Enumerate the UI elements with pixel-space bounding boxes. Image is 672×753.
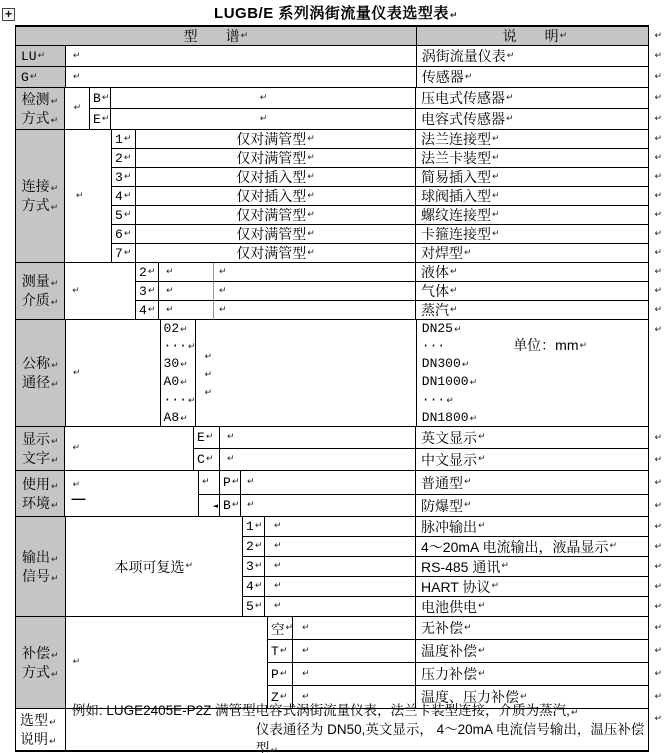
pilcrow-mark: ↵ — [255, 562, 263, 571]
end-of-row-mark: ↵ — [654, 267, 662, 277]
table-row: 2↵ ↵ ↵ 液体↵↵ — [136, 263, 648, 282]
pilcrow-line: ↵ — [204, 346, 213, 364]
pilcrow-mark: ↵ — [74, 104, 82, 113]
pilcrow-mark: ↵ — [307, 230, 315, 239]
detection-label-cell: 检测↵ 方式↵ — [16, 88, 65, 130]
pilcrow-mark: ↵ — [274, 542, 282, 551]
pilcrow-mark: ↵ — [270, 746, 278, 753]
pilcrow-mark: ↵ — [38, 52, 46, 61]
block-selection-note: 选型↵ 说明↵ 例如: LUGE2405E-P2Z 满管型电容式涡街流量仪表，法… — [16, 709, 648, 750]
pilcrow-mark: ↵ — [286, 624, 294, 633]
desc-cell: 4～20mA 电流输出，液晶显示↵↵ — [416, 537, 648, 557]
pilcrow-mark: ↵ — [148, 268, 156, 277]
pilcrow-mark: ↵ — [124, 230, 132, 239]
pilcrow-mark: ↵ — [307, 211, 315, 220]
pilcrow-mark: ↵ — [302, 670, 310, 679]
end-of-row-mark: ↵ — [654, 114, 662, 124]
note-cell: 仅对满管型↵ — [136, 206, 416, 225]
end-of-row-mark: ↵ — [654, 72, 662, 82]
table-row: 1↵ 仅对满管型↵ 法兰连接型↵↵ — [112, 130, 648, 149]
end-of-row-mark: ↵ — [654, 501, 662, 511]
spectrum-empty-cell: ↵ — [214, 301, 416, 320]
detection-label-line1: 检测↵ — [22, 90, 59, 109]
spectrum-empty-cell: ↵ — [293, 663, 416, 686]
spacer-cell: ↵ — [199, 471, 220, 495]
connection-empty-cell: ↵ — [65, 130, 112, 263]
header-spectrum-cell: 型 谱↵ — [16, 27, 417, 46]
pilcrow-mark: ↵ — [492, 192, 500, 201]
environment-dash: — — [71, 490, 85, 506]
spectrum-empty-cell: ↵ — [220, 427, 416, 449]
pilcrow-mark: ↵ — [72, 287, 80, 296]
pilcrow-mark: ↵ — [446, 396, 454, 406]
code-cell: 6↵ — [112, 225, 136, 244]
code-cell: 3↵ — [136, 282, 159, 301]
desc-cell: 电容式传感器↵↵ — [416, 109, 648, 130]
end-of-row-mark: ↵ — [654, 286, 662, 296]
table-row: C↵ ↵ 中文显示↵↵ — [194, 449, 648, 471]
pilcrow-mark: ↵ — [49, 737, 57, 747]
spectrum-empty-cell: ↵ — [111, 109, 416, 130]
pilcrow-mark: ↵ — [560, 32, 568, 41]
pilcrow-mark: ↵ — [51, 456, 59, 466]
pilcrow-mark: ↵ — [280, 647, 288, 656]
header-description-label: 说 明 — [503, 26, 559, 46]
compensation-label-line2: 方式↵ — [22, 663, 59, 682]
pilcrow-mark: ↵ — [241, 32, 249, 41]
end-of-row-mark: ↵ — [654, 433, 662, 443]
pilcrow-mark: ↵ — [571, 708, 579, 718]
note-cell: 仅对插入型↵ — [136, 187, 416, 206]
code-cell: 2↵ — [243, 537, 265, 557]
pilcrow-mark: ↵ — [219, 306, 227, 315]
diameter-desc: DN1000↵ — [422, 373, 477, 391]
end-of-row-mark: ↵ — [654, 669, 662, 679]
pilcrow-mark: ↵ — [166, 268, 174, 277]
end-of-row-mark: ↵ — [654, 191, 662, 201]
document-title: LUGB/E 系列涡街流量仪表选型表↵ — [0, 2, 672, 23]
pilcrow-mark: ↵ — [470, 414, 478, 424]
g-desc-cell: 传感器↵↵ — [417, 67, 648, 88]
output-label-line1: 输出↵ — [22, 548, 59, 567]
end-of-row-mark: ↵ — [654, 31, 662, 41]
pilcrow-mark: ↵ — [465, 73, 473, 82]
pilcrow-mark: ↵ — [302, 624, 310, 633]
pilcrow-mark: ↵ — [73, 52, 81, 61]
desc-cell: 脉冲输出↵↵ — [416, 517, 648, 537]
spectrum-empty-cell: ↵ — [241, 471, 416, 495]
end-of-row-mark: ↵ — [654, 248, 662, 258]
end-of-row-mark: ↵ — [654, 714, 662, 724]
code-cell: E↵ — [194, 427, 220, 449]
pilcrow-mark: ↵ — [274, 522, 282, 531]
diameter-spacer-cell: ↵ ↵ ↵ — [196, 320, 417, 427]
compensation-empty-cell: ↵ — [66, 617, 268, 709]
header-description-cell: 说 明↵ ↵ — [417, 27, 648, 46]
g-desc: 传感器 — [422, 67, 464, 87]
pilcrow-mark: ↵ — [51, 203, 59, 213]
pilcrow-mark: ↵ — [188, 396, 196, 406]
pilcrow-mark: ↵ — [450, 306, 458, 315]
pilcrow-mark: ↵ — [580, 342, 588, 351]
pilcrow-mark: ↵ — [49, 718, 57, 728]
desc-cell: 压电式传感器↵↵ — [416, 88, 648, 109]
table-row: T↵ ↵ 温度补偿↵↵ — [268, 640, 648, 663]
note-cell: 仅对满管型↵ — [136, 244, 416, 263]
pilcrow-mark: ↵ — [470, 378, 478, 388]
pilcrow-mark: ↵ — [464, 249, 472, 258]
pilcrow-mark: ↵ — [307, 154, 315, 163]
table-row: 4↵ ↵ ↵ 蒸汽↵↵ — [136, 301, 648, 320]
pilcrow-mark: ↵ — [307, 173, 315, 182]
end-of-row-mark: ↵ — [654, 93, 662, 103]
spacer-cell: ◄ — [199, 495, 220, 517]
pilcrow-mark: ↵ — [260, 94, 268, 103]
desc-cell: 简易插入型↵↵ — [416, 168, 648, 187]
pilcrow-mark: ↵ — [478, 602, 486, 611]
pilcrow-mark: ↵ — [180, 414, 188, 424]
selection-example-line2: 仪表通径为 DN50,英文显示， 4～20mA 电流信号输出，温压补偿型↵ — [66, 720, 648, 753]
display-label-line1: 显示↵ — [22, 430, 59, 449]
connection-rows: 1↵ 仅对满管型↵ 法兰连接型↵↵ 2↵ 仅对满管型↵ 法兰卡装型↵↵ 3↵ 仅… — [112, 130, 648, 263]
diameter-codes-cell: 02↵ ···↵ 30↵ A0↵ ···↵ A8↵ — [161, 320, 196, 427]
pilcrow-mark: ↵ — [188, 342, 196, 352]
pilcrow-mark: ↵ — [51, 361, 59, 371]
table-row: E↵ ↵ 电容式传感器↵↵ — [90, 109, 648, 130]
code-cell: B↵ — [220, 495, 241, 517]
block-detection: 检测↵ 方式↵ ↵ B↵ ↵ 压电式传感器↵↵ E↵ ↵ 电容式传感器↵↵ — [16, 88, 648, 130]
code-cell: 7↵ — [112, 244, 136, 263]
pilcrow-mark: ↵ — [478, 647, 486, 656]
pilcrow-mark: ↵ — [51, 501, 59, 511]
spectrum-empty-cell: ↵ — [265, 577, 416, 597]
table-row: 7↵ 仅对满管型↵ 对焊型↵↵ — [112, 244, 648, 263]
spectrum-empty-cell: ↵ — [214, 282, 416, 301]
pilcrow-mark: ↵ — [72, 444, 80, 453]
lu-label-cell: LU↵ — [16, 46, 66, 67]
output-note: 本项可复选 — [115, 557, 185, 577]
compensation-rows: 空↵ ↵ 无补偿↵↵ T↵ ↵ 温度补偿↵↵ P↵ ↵ 压力补偿↵↵ Z↵ ↵ — [268, 617, 648, 709]
pilcrow-mark: ↵ — [148, 287, 156, 296]
pilcrow-mark: ↵ — [124, 211, 132, 220]
desc-cell: 球阀插入型↵↵ — [416, 187, 648, 206]
pilcrow-mark: ↵ — [454, 325, 462, 335]
pilcrow-mark: ↵ — [506, 94, 514, 103]
connection-label-cell: 连接↵ 方式↵ — [16, 130, 65, 263]
block-display: 显示↵ 文字↵ ↵ E↵ ↵ 英文显示↵↵ C↵ ↵ 中文显示↵↵ — [16, 427, 648, 471]
code-cell: P↵ — [268, 663, 293, 686]
code-cell: B↵ — [90, 88, 111, 109]
desc-cell: RS-485 通讯↵↵ — [416, 557, 648, 577]
spectrum-empty-cell: ↵ — [293, 640, 416, 663]
end-of-row-mark: ↵ — [654, 602, 662, 612]
pilcrow-mark: ↵ — [73, 369, 81, 378]
pilcrow-mark: ↵ — [307, 135, 315, 144]
pilcrow-mark: ↵ — [232, 501, 240, 510]
pilcrow-mark: ↵ — [102, 115, 110, 124]
pilcrow-mark: ↵ — [51, 380, 59, 390]
pilcrow-mark: ↵ — [180, 378, 188, 388]
block-compensation: 补偿↵ 方式↵ ↵ 空↵ ↵ 无补偿↵↵ T↵ ↵ 温度补偿↵↵ P↵ ↵ — [16, 617, 648, 709]
pilcrow-mark: ↵ — [307, 192, 315, 201]
medium-empty-cell: ↵ — [65, 263, 136, 320]
g-label-cell: G↵ — [16, 67, 66, 88]
selection-note-cell: 例如: LUGE2405E-P2Z 满管型电容式涡街流量仪表，法兰卡装型连接，介… — [66, 709, 648, 750]
pilcrow-mark: ↵ — [51, 298, 59, 308]
display-label-line2: 文字↵ — [22, 449, 59, 468]
code-cell: 5↵ — [243, 597, 265, 617]
medium-label-line1: 测量↵ — [22, 272, 59, 291]
lu-empty-cell: ↵ — [66, 46, 417, 67]
pilcrow-mark: ↵ — [478, 522, 486, 531]
pilcrow-line: ↵ — [204, 382, 213, 400]
table-row: 3↵ 仅对插入型↵ 简易插入型↵↵ — [112, 168, 648, 187]
selection-label-line2: 说明↵ — [20, 730, 57, 749]
pilcrow-mark: ↵ — [260, 115, 268, 124]
table-row: ◄ B↵ ↵ 防爆型↵↵ — [199, 495, 648, 517]
end-of-row-mark: ↵ — [654, 562, 662, 572]
desc-cell: 卡箍连接型↵↵ — [416, 225, 648, 244]
spectrum-empty-cell: ↵ — [265, 597, 416, 617]
table-row: 3↵ ↵ RS-485 通讯↵↵ — [243, 557, 648, 577]
pilcrow-mark: ↵ — [232, 478, 240, 487]
pilcrow-mark: ↵ — [255, 602, 263, 611]
table-row: 5↵ ↵ 电池供电↵↵ — [243, 597, 648, 617]
g-empty-cell: ↵ — [66, 67, 417, 88]
pilcrow-mark: ↵ — [51, 97, 59, 107]
table-row: 空↵ ↵ 无补偿↵↵ — [268, 617, 648, 640]
code-cell: 3↵ — [243, 557, 265, 577]
diameter-label-line1: 公称↵ — [22, 354, 59, 373]
pilcrow-mark: ↵ — [255, 522, 263, 531]
code-cell: 4↵ — [136, 301, 159, 320]
code-cell: 空↵ — [268, 617, 293, 640]
pilcrow-mark: ↵ — [478, 455, 486, 464]
code-cell: 1↵ — [243, 517, 265, 537]
table-row: 4↵ ↵ HART 协议↵↵ — [243, 577, 648, 597]
medium-label-cell: 测量↵ 介质↵ — [16, 263, 65, 320]
pilcrow-mark: ↵ — [219, 287, 227, 296]
spectrum-empty-cell: ↵ — [293, 617, 416, 640]
detection-label-line2: 方式↵ — [22, 109, 59, 128]
pilcrow-mark: ↵ — [202, 478, 210, 487]
desc-cell: 蒸汽↵↵ — [416, 301, 648, 320]
output-label-line2: 信号↵ — [22, 567, 59, 586]
code-cell: 3↵ — [112, 168, 136, 187]
diameter-code: ···↵ — [164, 391, 196, 409]
environment-label-line2: 环境↵ — [22, 494, 59, 513]
compensation-label-line1: 补偿↵ — [22, 644, 59, 663]
desc-cell: 电池供电↵↵ — [416, 597, 648, 617]
pilcrow-mark: ↵ — [51, 651, 59, 661]
lu-desc-cell: 涡街流量仪表↵↵ — [417, 46, 648, 67]
pilcrow-mark: ↵ — [274, 582, 282, 591]
diameter-code: 02↵ — [164, 320, 188, 338]
lu-label: LU — [21, 49, 37, 64]
pilcrow-mark: ↵ — [51, 482, 59, 492]
output-rows: 1↵ ↵ 脉冲输出↵↵ 2↵ ↵ 4～20mA 电流输出，液晶显示↵↵ 3↵ ↵… — [243, 517, 648, 617]
pilcrow-mark: ↵ — [255, 582, 263, 591]
pilcrow-mark: ↵ — [219, 268, 227, 277]
compensation-label-cell: 补偿↵ 方式↵ — [16, 617, 66, 709]
end-of-row-mark: ↵ — [654, 229, 662, 239]
diameter-desc: ···↵ — [422, 391, 454, 409]
pilcrow-mark: ↵ — [506, 115, 514, 124]
spectrum-empty-cell: ↵ — [241, 495, 416, 517]
diameter-code: A8↵ — [164, 409, 188, 427]
spectrum-empty-cell: ↵ — [111, 88, 416, 109]
diameter-empty-cell: ↵ — [66, 320, 161, 427]
table-row: 2↵ 仅对满管型↵ 法兰卡装型↵↵ — [112, 149, 648, 168]
pilcrow-mark: ↵ — [205, 388, 213, 398]
desc-cell: 法兰卡装型↵↵ — [416, 149, 648, 168]
pilcrow-mark: ↵ — [180, 325, 188, 335]
pilcrow-mark: ↵ — [180, 360, 188, 370]
pilcrow-mark: ↵ — [206, 455, 214, 464]
spectrum-empty-cell: ↵ — [265, 537, 416, 557]
end-of-row-mark: ↵ — [654, 455, 662, 465]
medium-label-line2: 介质↵ — [22, 291, 59, 310]
desc-cell: 防爆型↵↵ — [416, 495, 648, 517]
diameter-label-cell: 公称↵ 通径↵ — [16, 320, 66, 427]
desc-cell: 无补偿↵↵ — [416, 617, 648, 640]
pilcrow-mark: ↵ — [124, 135, 132, 144]
pilcrow-mark: ↵ — [464, 501, 472, 510]
end-of-row-mark: ↵ — [654, 134, 662, 144]
connection-label-line2: 方式↵ — [22, 196, 59, 215]
selection-example-line1: 例如: LUGE2405E-P2Z 满管型电容式涡街流量仪表，法兰卡装型连接，介… — [66, 701, 579, 720]
header-spectrum-label: 型 谱 — [184, 26, 240, 46]
unit-note: 单位：mm — [513, 337, 578, 355]
pilcrow-mark: ↵ — [492, 154, 500, 163]
row-lu: LU↵ ↵ 涡街流量仪表↵↵ — [16, 46, 648, 67]
desc-cell: 法兰连接型↵↵ — [416, 130, 648, 149]
title-text: LUGB/E 系列涡街流量仪表选型表 — [214, 5, 449, 22]
desc-cell: 英文显示↵↵ — [416, 427, 648, 449]
code-cell: 1↵ — [112, 130, 136, 149]
code-cell: 4↵ — [112, 187, 136, 206]
note-cell: 仅对插入型↵ — [136, 168, 416, 187]
environment-label-line1: 使用↵ — [22, 475, 59, 494]
table-row: ↵ P↵ ↵ 普通型↵↵ — [199, 471, 648, 495]
pilcrow-mark: ↵ — [73, 73, 81, 82]
pilcrow-line: ↵ — [204, 364, 213, 382]
block-output: 输出↵ 信号↵ 本项可复选↵ 1↵ ↵ 脉冲输出↵↵ 2↵ ↵ 4～20mA 电… — [16, 517, 648, 617]
pilcrow-mark: ↵ — [51, 555, 59, 565]
pilcrow-mark: ↵ — [255, 542, 263, 551]
end-of-row-mark: ↵ — [654, 623, 662, 633]
end-of-row-mark: ↵ — [654, 210, 662, 220]
diameter-desc: DN25↵ — [422, 320, 462, 338]
pilcrow-mark: ↵ — [464, 478, 472, 487]
display-rows: E↵ ↵ 英文显示↵↵ C↵ ↵ 中文显示↵↵ — [194, 427, 648, 471]
pilcrow-mark: ↵ — [227, 455, 235, 464]
selection-table: 型 谱↵ 说 明↵ ↵ LU↵ ↵ 涡街流量仪表↵↵ G↵ ↵ 传感器↵↵ 检测… — [15, 25, 649, 752]
pilcrow-mark: ↵ — [302, 647, 310, 656]
desc-cell: 中文显示↵↵ — [416, 449, 648, 471]
pilcrow-mark: ↵ — [51, 574, 59, 584]
end-of-row-mark: ↵ — [654, 542, 662, 552]
end-of-row-mark: ↵ — [654, 692, 662, 702]
pilcrow-mark: ↵ — [507, 52, 515, 61]
pilcrow-mark: ↵ — [492, 173, 500, 182]
spectrum-empty-cell: ↵ — [159, 282, 214, 301]
diameter-code: 30↵ — [164, 355, 188, 373]
pilcrow-mark: ↵ — [51, 437, 59, 447]
end-of-row-mark: ↵ — [654, 325, 662, 335]
pilcrow-mark: ↵ — [102, 94, 110, 103]
medium-rows: 2↵ ↵ ↵ 液体↵↵ 3↵ ↵ ↵ 气体↵↵ 4↵ ↵ ↵ 蒸汽↵↵ — [136, 263, 648, 320]
pilcrow-mark: ↵ — [492, 230, 500, 239]
diameter-code: A0↵ — [164, 373, 188, 391]
pilcrow-mark: ↵ — [51, 184, 59, 194]
code-cell: P↵ — [220, 471, 241, 495]
pilcrow-mark: ↵ — [51, 279, 59, 289]
block-connection: 连接↵ 方式↵ ↵ 1↵ 仅对满管型↵ 法兰连接型↵↵ 2↵ 仅对满管型↵ 法兰… — [16, 130, 648, 263]
desc-cell: HART 协议↵↵ — [416, 577, 648, 597]
table-row: 6↵ 仅对满管型↵ 卡箍连接型↵↵ — [112, 225, 648, 244]
pilcrow-mark: ↵ — [76, 192, 84, 201]
desc-cell: 螺纹连接型↵↵ — [416, 206, 648, 225]
pilcrow-mark: ↵ — [206, 433, 214, 442]
diameter-desc-unit-line: ···单位：mm↵ — [422, 337, 587, 355]
end-of-row-mark: ↵ — [654, 51, 662, 61]
table-row: E↵ ↵ 英文显示↵↵ — [194, 427, 648, 449]
code-cell: 2↵ — [136, 263, 159, 282]
table-row: 1↵ ↵ 脉冲输出↵↵ — [243, 517, 648, 537]
pilcrow-mark: ↵ — [166, 287, 174, 296]
table-row: 4↵ 仅对插入型↵ 球阀插入型↵↵ — [112, 187, 648, 206]
pilcrow-mark: ↵ — [124, 192, 132, 201]
pilcrow-mark: ↵ — [247, 501, 255, 510]
diameter-desc-cell: DN25↵ ···单位：mm↵ DN300↵ DN1000↵ ···↵ DN18… — [417, 320, 648, 427]
pilcrow-mark: ↵ — [30, 73, 38, 82]
pilcrow-mark: ↵ — [450, 268, 458, 277]
pilcrow-mark: ↵ — [609, 542, 617, 551]
environment-note-cell: ↵ — — [65, 471, 199, 517]
pilcrow-mark: ↵ — [478, 670, 486, 679]
word-document-page: + LUGB/E 系列涡街流量仪表选型表↵ 型 谱↵ 说 明↵ ↵ LU↵ ↵ … — [0, 0, 672, 753]
pilcrow-mark: ↵ — [186, 562, 194, 571]
environment-rows: ↵ P↵ ↵ 普通型↵↵ ◄ B↵ ↵ 防爆型↵↵ — [199, 471, 648, 517]
pilcrow-mark: ↵ — [450, 11, 458, 21]
pilcrow-mark: ↵ — [124, 154, 132, 163]
desc-cell: 对焊型↵↵ — [416, 244, 648, 263]
lu-desc: 涡街流量仪表 — [422, 46, 506, 66]
pilcrow-mark: ↵ — [274, 602, 282, 611]
pilcrow-mark: ↵ — [166, 306, 174, 315]
pilcrow-mark: ↵ — [72, 480, 80, 490]
desc-cell: 普通型↵↵ — [416, 471, 648, 495]
display-empty-cell: ↵ — [65, 427, 194, 471]
connection-label-line1: 连接↵ — [22, 177, 59, 196]
end-of-row-mark: ↵ — [654, 522, 662, 532]
table-row: P↵ ↵ 压力补偿↵↵ — [268, 663, 648, 686]
g-label: G — [21, 70, 29, 85]
pilcrow-mark: ↵ — [492, 135, 500, 144]
code-cell: C↵ — [194, 449, 220, 471]
note-cell: 仅对满管型↵ — [136, 225, 416, 244]
pilcrow-mark: ↵ — [51, 670, 59, 680]
block-diameter: 公称↵ 通径↵ ↵ 02↵ ···↵ 30↵ A0↵ ···↵ A8↵ ↵ ↵ … — [16, 320, 648, 427]
desc-cell: 液体↵↵ — [416, 263, 648, 282]
table-row: B↵ ↵ 压电式传感器↵↵ — [90, 88, 648, 109]
pilcrow-mark: ↵ — [227, 433, 235, 442]
pilcrow-mark: ↵ — [124, 173, 132, 182]
end-of-row-mark: ↵ — [654, 172, 662, 182]
spectrum-empty-cell: ↵ — [265, 557, 416, 577]
display-label-cell: 显示↵ 文字↵ — [16, 427, 65, 471]
